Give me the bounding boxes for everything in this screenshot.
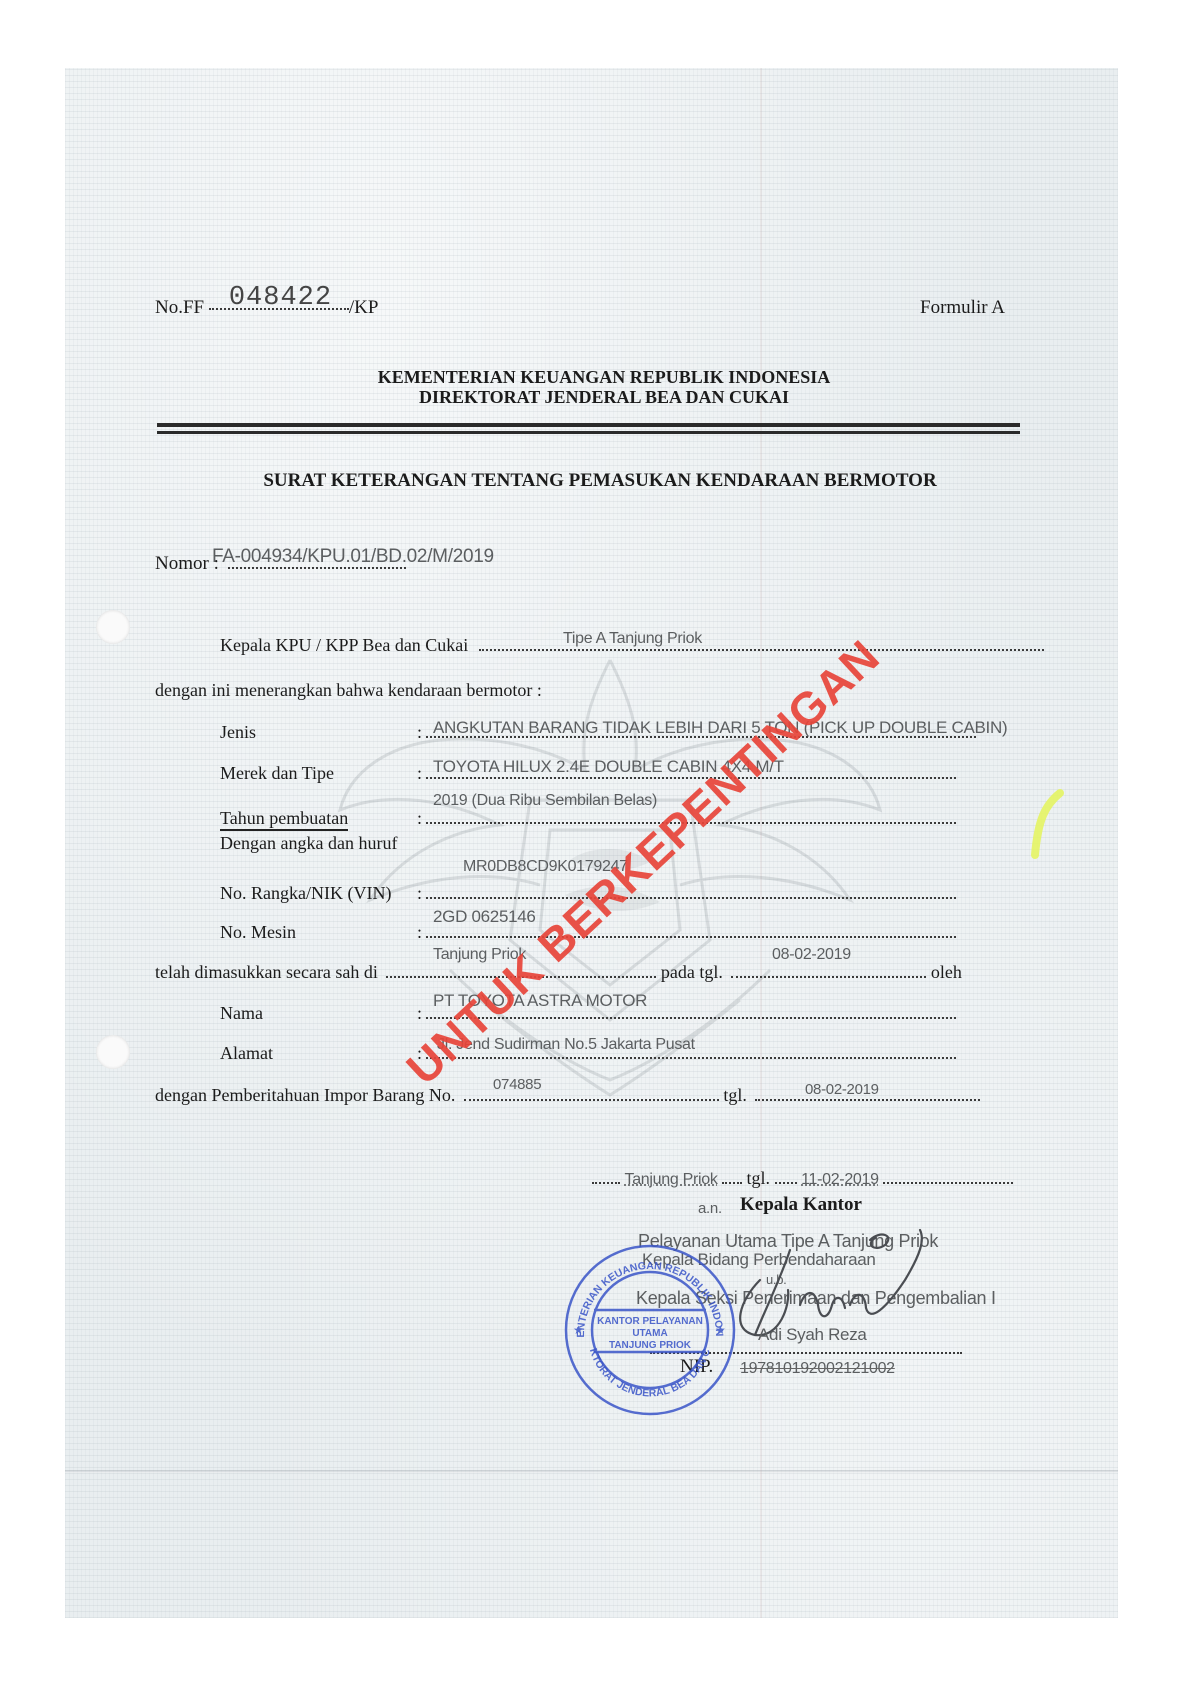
field-row-rangka: : <box>417 883 956 904</box>
seal-inner-line2: UTAMA <box>632 1328 667 1339</box>
ministry-heading: KEMENTERIAN KEUANGAN REPUBLIK INDONESIA … <box>0 367 1200 407</box>
field-label-jenis: Jenis <box>220 722 256 743</box>
pib-number: 074885 <box>493 1076 541 1093</box>
pib-date: 08-02-2019 <box>805 1081 879 1098</box>
punch-hole-icon <box>96 610 130 644</box>
field-label-mesin: No. Mesin <box>220 922 296 943</box>
form-number: No.FF 048422 /KP <box>155 297 378 319</box>
highlighter-mark-icon <box>1010 785 1070 865</box>
field-value-jenis: ANGKUTAN BARANG TIDAK LEBIH DARI 5 TON (… <box>433 718 1007 738</box>
form-type: Formulir A <box>920 297 1005 319</box>
seal-inner-line3: TANJUNG PRIOK <box>609 1340 692 1351</box>
form-number-value: 048422 <box>229 283 332 313</box>
entry-date: 08-02-2019 <box>772 946 851 964</box>
signature-place: Tanjung Priok <box>625 1171 718 1188</box>
seal-star-icon: ★ <box>573 1323 584 1337</box>
office-value: Tipe A Tanjung Priok <box>563 630 702 648</box>
nomor-value: FA-004934/KPU.01/BD.02/M/2019 <box>212 546 494 568</box>
field-sublabel-tahun: Dengan angka dan huruf <box>220 833 397 854</box>
field-label-rangka: No. Rangka/NIK (VIN) <box>220 883 391 904</box>
header-rule-bottom <box>157 431 1020 434</box>
punch-hole-icon <box>96 1035 130 1069</box>
field-value-mesin: 2GD 0625146 <box>433 907 536 927</box>
seal-star-icon: ★ <box>715 1323 726 1337</box>
field-value-tahun: 2019 (Dua Ribu Sembilan Belas) <box>433 792 657 810</box>
seal-inner-line1: KANTOR PELAYANAN <box>597 1316 703 1327</box>
owner-label-nama: Nama <box>220 1003 263 1024</box>
official-seal-icon: KEMENTERIAN KEUANGAN REPUBLIK INDONESIA … <box>560 1240 740 1420</box>
paper-fold-line <box>65 1470 1118 1473</box>
document-title: SURAT KETERANGAN TENTANG PEMASUKAN KENDA… <box>0 470 1200 492</box>
signatory-name: Adi Syah Reza <box>758 1325 867 1345</box>
nip-value: 197810192002121002 <box>740 1360 895 1378</box>
signature-date: 11-02-2019 <box>801 1171 879 1188</box>
owner-label-alamat: Alamat <box>220 1043 273 1064</box>
field-label-merek: Merek dan Tipe <box>220 763 334 784</box>
header-rule-top <box>157 423 1020 427</box>
intro-text: dengan ini menerangkan bahwa kendaraan b… <box>155 680 542 701</box>
signature-place-date-row: Tanjung Priok tgl. 11-02-2019 <box>592 1168 1013 1189</box>
field-label-tahun: Tahun pembuatan <box>220 808 348 831</box>
